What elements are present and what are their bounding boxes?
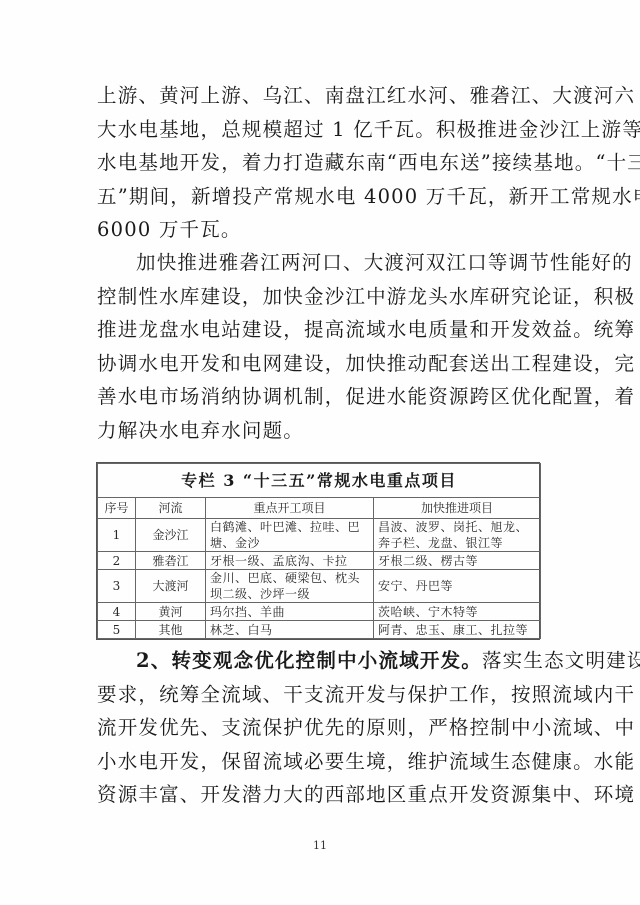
column-header-key-start: 重点开工项目 — [206, 498, 374, 519]
table-row: 1 金沙江 白鹤滩、叶巴滩、拉哇、巴塘、金沙 昌波、波罗、岗托、旭龙、奔子栏、龙… — [98, 519, 541, 552]
cell-river: 雅砻江 — [136, 552, 206, 570]
paragraph-small-basin-development: 2、转变观念优化控制中小流域开发。落实生态文明建设 要求，统筹全流域、干支流开发… — [97, 644, 541, 812]
cell-river: 金沙江 — [136, 519, 206, 552]
cell-number: 3 — [98, 570, 136, 603]
text-line: 2、转变观念优化控制中小流域开发。落实生态文明建设 — [97, 644, 541, 678]
cell-river: 大渡河 — [136, 570, 206, 603]
cell-key-start: 林芝、白马 — [206, 621, 374, 639]
text-line: 小水电开发，保留流域必要生境，维护流域生态健康。水能 — [97, 745, 541, 779]
text-line: 水电基地开发，着力打造藏东南“西电东送”接续基地。“十三 — [97, 146, 541, 180]
cell-accelerate: 茨哈峡、宁木特等 — [374, 603, 541, 621]
hydro-projects-table: 专栏 3 “十三五”常规水电重点项目 序号 河流 重点开工项目 加快推进项目 1… — [97, 463, 541, 639]
cell-number: 1 — [98, 519, 136, 552]
text-line: 善水电市场消纳协调机制，促进水能资源跨区优化配置，着 — [97, 380, 541, 414]
cell-accelerate: 昌波、波罗、岗托、旭龙、奔子栏、龙盘、银江等 — [374, 519, 541, 552]
text-line: 上游、黄河上游、乌江、南盘江红水河、雅砻江、大渡河六 — [97, 79, 541, 113]
cell-accelerate: 阿青、忠玉、康工、扎拉等 — [374, 621, 541, 639]
cell-key-start: 牙根一级、孟底沟、卡拉 — [206, 552, 374, 570]
text-line: 力解决水电弃水问题。 — [97, 414, 541, 448]
feature-box-table: 专栏 3 “十三五”常规水电重点项目 序号 河流 重点开工项目 加快推进项目 1… — [96, 462, 540, 640]
text-run: 落实生态文明建设 — [482, 649, 640, 672]
document-page: 上游、黄河上游、乌江、南盘江红水河、雅砻江、大渡河六 大水电基地，总规模超过 1… — [0, 0, 640, 905]
text-line: 加快推进雅砻江两河口、大渡河双江口等调节性能好的 — [97, 246, 541, 280]
text-line: 控制性水库建设，加快金沙江中游龙头水库研究论证，积极 — [97, 280, 541, 314]
paragraph-hydro-bases: 上游、黄河上游、乌江、南盘江红水河、雅砻江、大渡河六 大水电基地，总规模超过 1… — [97, 79, 541, 247]
table-row: 4 黄河 玛尔挡、羊曲 茨哈峡、宁木特等 — [98, 603, 541, 621]
section-heading: 2、转变观念优化控制中小流域开发。 — [136, 649, 482, 672]
text-line: 资源丰富、开发潜力大的西部地区重点开发资源集中、环境 — [97, 778, 541, 812]
table-row: 5 其他 林芝、白马 阿青、忠玉、康工、扎拉等 — [98, 621, 541, 639]
text-line: 大水电基地，总规模超过 1 亿千瓦。积极推进金沙江上游等 — [97, 113, 541, 147]
text-line: 协调水电开发和电网建设，加快推动配套送出工程建设，完 — [97, 347, 541, 381]
cell-accelerate: 安宁、丹巴等 — [374, 570, 541, 603]
cell-key-start: 金川、巴底、硬梁包、枕头坝二级、沙坪一级 — [206, 570, 374, 603]
cell-key-start: 白鹤滩、叶巴滩、拉哇、巴塘、金沙 — [206, 519, 374, 552]
cell-number: 2 — [98, 552, 136, 570]
cell-key-start: 玛尔挡、羊曲 — [206, 603, 374, 621]
text-line: 五”期间，新增投产常规水电 4000 万千瓦，新开工常规水电 — [97, 180, 541, 214]
cell-number: 5 — [98, 621, 136, 639]
table-row: 3 大渡河 金川、巴底、硬梁包、枕头坝二级、沙坪一级 安宁、丹巴等 — [98, 570, 541, 603]
cell-river: 黄河 — [136, 603, 206, 621]
paragraph-reservoir-construction: 加快推进雅砻江两河口、大渡河双江口等调节性能好的 控制性水库建设，加快金沙江中游… — [97, 246, 541, 448]
text-line: 要求，统筹全流域、干支流开发与保护工作，按照流域内干 — [97, 678, 541, 712]
cell-number: 4 — [98, 603, 136, 621]
page-number: 11 — [0, 839, 640, 852]
cell-accelerate: 牙根二级、楞古等 — [374, 552, 541, 570]
column-header-accelerate: 加快推进项目 — [374, 498, 541, 519]
column-header-river: 河流 — [136, 498, 206, 519]
text-line: 流开发优先、支流保护优先的原则，严格控制中小流域、中 — [97, 711, 541, 745]
text-line: 6000 万千瓦。 — [97, 213, 541, 247]
table-caption: 专栏 3 “十三五”常规水电重点项目 — [98, 464, 541, 498]
table-header-row: 序号 河流 重点开工项目 加快推进项目 — [98, 498, 541, 519]
text-line: 推进龙盘水电站建设，提高流域水电质量和开发效益。统筹 — [97, 313, 541, 347]
cell-river: 其他 — [136, 621, 206, 639]
column-header-number: 序号 — [98, 498, 136, 519]
table-row: 2 雅砻江 牙根一级、孟底沟、卡拉 牙根二级、楞古等 — [98, 552, 541, 570]
